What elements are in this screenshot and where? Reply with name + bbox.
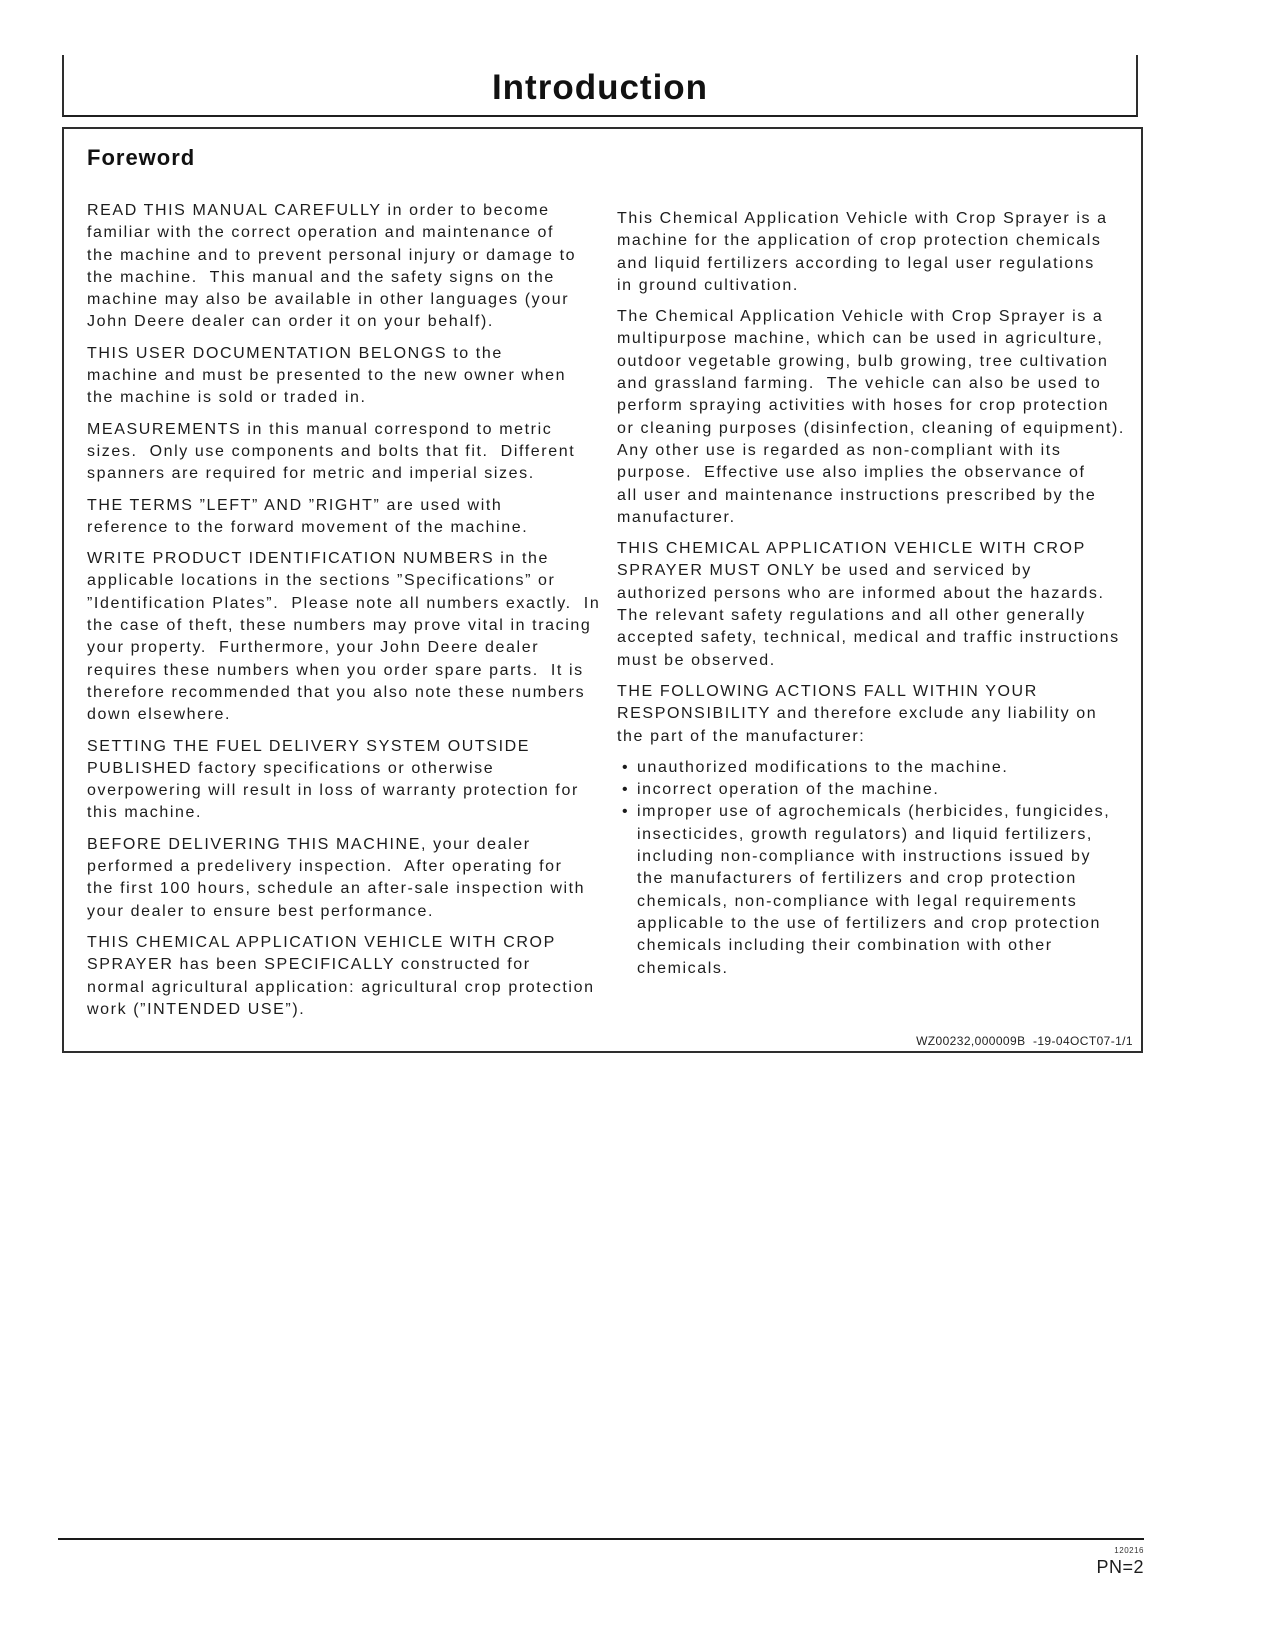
bullet-text: incorrect operation of the machine. xyxy=(637,779,939,801)
document-code: WZ00232,000009B -19-04OCT07-1/1 xyxy=(916,1034,1133,1048)
paragraph: This Chemical Application Vehicle with C… xyxy=(617,208,1117,297)
paragraph: THE FOLLOWING ACTIONS FALL WITHIN YOUR R… xyxy=(617,681,1117,748)
bullet-text: unauthorized modifications to the machin… xyxy=(637,757,1008,779)
bullet-item: • unauthorized modifications to the mach… xyxy=(617,757,1117,779)
bullet-item: • incorrect operation of the machine. xyxy=(617,779,1117,801)
bullet-icon: • xyxy=(617,757,637,779)
paragraph: THE TERMS ”LEFT” AND ”RIGHT” are used wi… xyxy=(87,495,584,540)
paragraph: WRITE PRODUCT IDENTIFICATION NUMBERS in … xyxy=(87,548,584,726)
page-number: PN=2 xyxy=(1096,1557,1144,1578)
responsibility-bullet-list: • unauthorized modifications to the mach… xyxy=(617,757,1117,980)
bullet-item: • improper use of agrochemicals (herbici… xyxy=(617,801,1117,979)
page-title: Introduction xyxy=(492,62,708,108)
right-column: This Chemical Application Vehicle with C… xyxy=(617,200,1117,1030)
foreword-section-box: Foreword READ THIS MANUAL CAREFULLY in o… xyxy=(62,127,1143,1053)
paragraph: MEASUREMENTS in this manual correspond t… xyxy=(87,419,584,486)
left-column: READ THIS MANUAL CAREFULLY in order to b… xyxy=(87,200,584,1030)
section-title-block: Introduction xyxy=(62,55,1138,117)
paragraph: SETTING THE FUEL DELIVERY SYSTEM OUTSIDE… xyxy=(87,736,584,825)
footer-divider xyxy=(58,1538,1144,1540)
two-column-text: READ THIS MANUAL CAREFULLY in order to b… xyxy=(87,200,1117,1030)
paragraph: BEFORE DELIVERING THIS MACHINE, your dea… xyxy=(87,834,584,923)
paragraph: The Chemical Application Vehicle with Cr… xyxy=(617,306,1117,529)
manual-page: Introduction Foreword READ THIS MANUAL C… xyxy=(0,0,1275,1650)
bullet-icon: • xyxy=(617,779,637,801)
print-code: 120216 xyxy=(1114,1546,1144,1555)
paragraph: THIS CHEMICAL APPLICATION VEHICLE WITH C… xyxy=(87,932,584,1021)
paragraph: THIS CHEMICAL APPLICATION VEHICLE WITH C… xyxy=(617,538,1117,672)
paragraph: READ THIS MANUAL CAREFULLY in order to b… xyxy=(87,200,584,334)
bullet-icon: • xyxy=(617,801,637,979)
bullet-text: improper use of agrochemicals (herbicide… xyxy=(637,801,1110,979)
paragraph: THIS USER DOCUMENTATION BELONGS to the m… xyxy=(87,343,584,410)
foreword-heading: Foreword xyxy=(87,147,195,169)
